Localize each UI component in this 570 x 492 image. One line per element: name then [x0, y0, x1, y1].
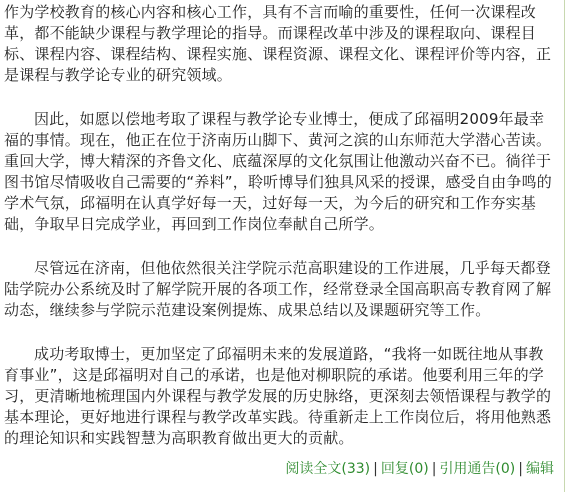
separator: |	[518, 461, 523, 477]
separator: |	[432, 461, 437, 477]
trackback-link[interactable]: 引用通告(0)	[439, 461, 515, 477]
paragraph-gap	[4, 86, 556, 109]
paragraph-gap	[4, 235, 556, 258]
article-paragraph-4: 成功考取博士，更加坚定了邱福明未来的发展道路，“我将一如既往地从事教育事业”，这…	[4, 344, 556, 449]
article-paragraph-1: 作为学校教育的核心内容和核心工作，具有不言而喻的重要性，任何一次课程改革，都不能…	[4, 2, 556, 86]
read-full-link[interactable]: 阅读全文(33)	[285, 461, 370, 477]
blog-post-frame: 作为学校教育的核心内容和核心工作，具有不言而喻的重要性，任何一次课程改革，都不能…	[0, 0, 565, 492]
post-footer-links: 阅读全文(33)|回复(0)|引用通告(0)|编辑	[285, 458, 554, 478]
separator: |	[373, 461, 378, 477]
article-paragraph-2: 因此，如愿以偿地考取了课程与教学论专业博士，便成了邱福明2009年最幸福的事情。…	[4, 109, 556, 235]
reply-link[interactable]: 回复(0)	[381, 461, 429, 477]
paragraph-gap	[4, 321, 556, 344]
edit-link[interactable]: 编辑	[526, 461, 554, 477]
article-paragraph-3: 尽管远在济南，但他依然很关注学院示范高职建设的工作进展，几乎每天都登陆学院办公系…	[4, 258, 556, 321]
article-body: 作为学校教育的核心内容和核心工作，具有不言而喻的重要性，任何一次课程改革，都不能…	[4, 2, 556, 449]
